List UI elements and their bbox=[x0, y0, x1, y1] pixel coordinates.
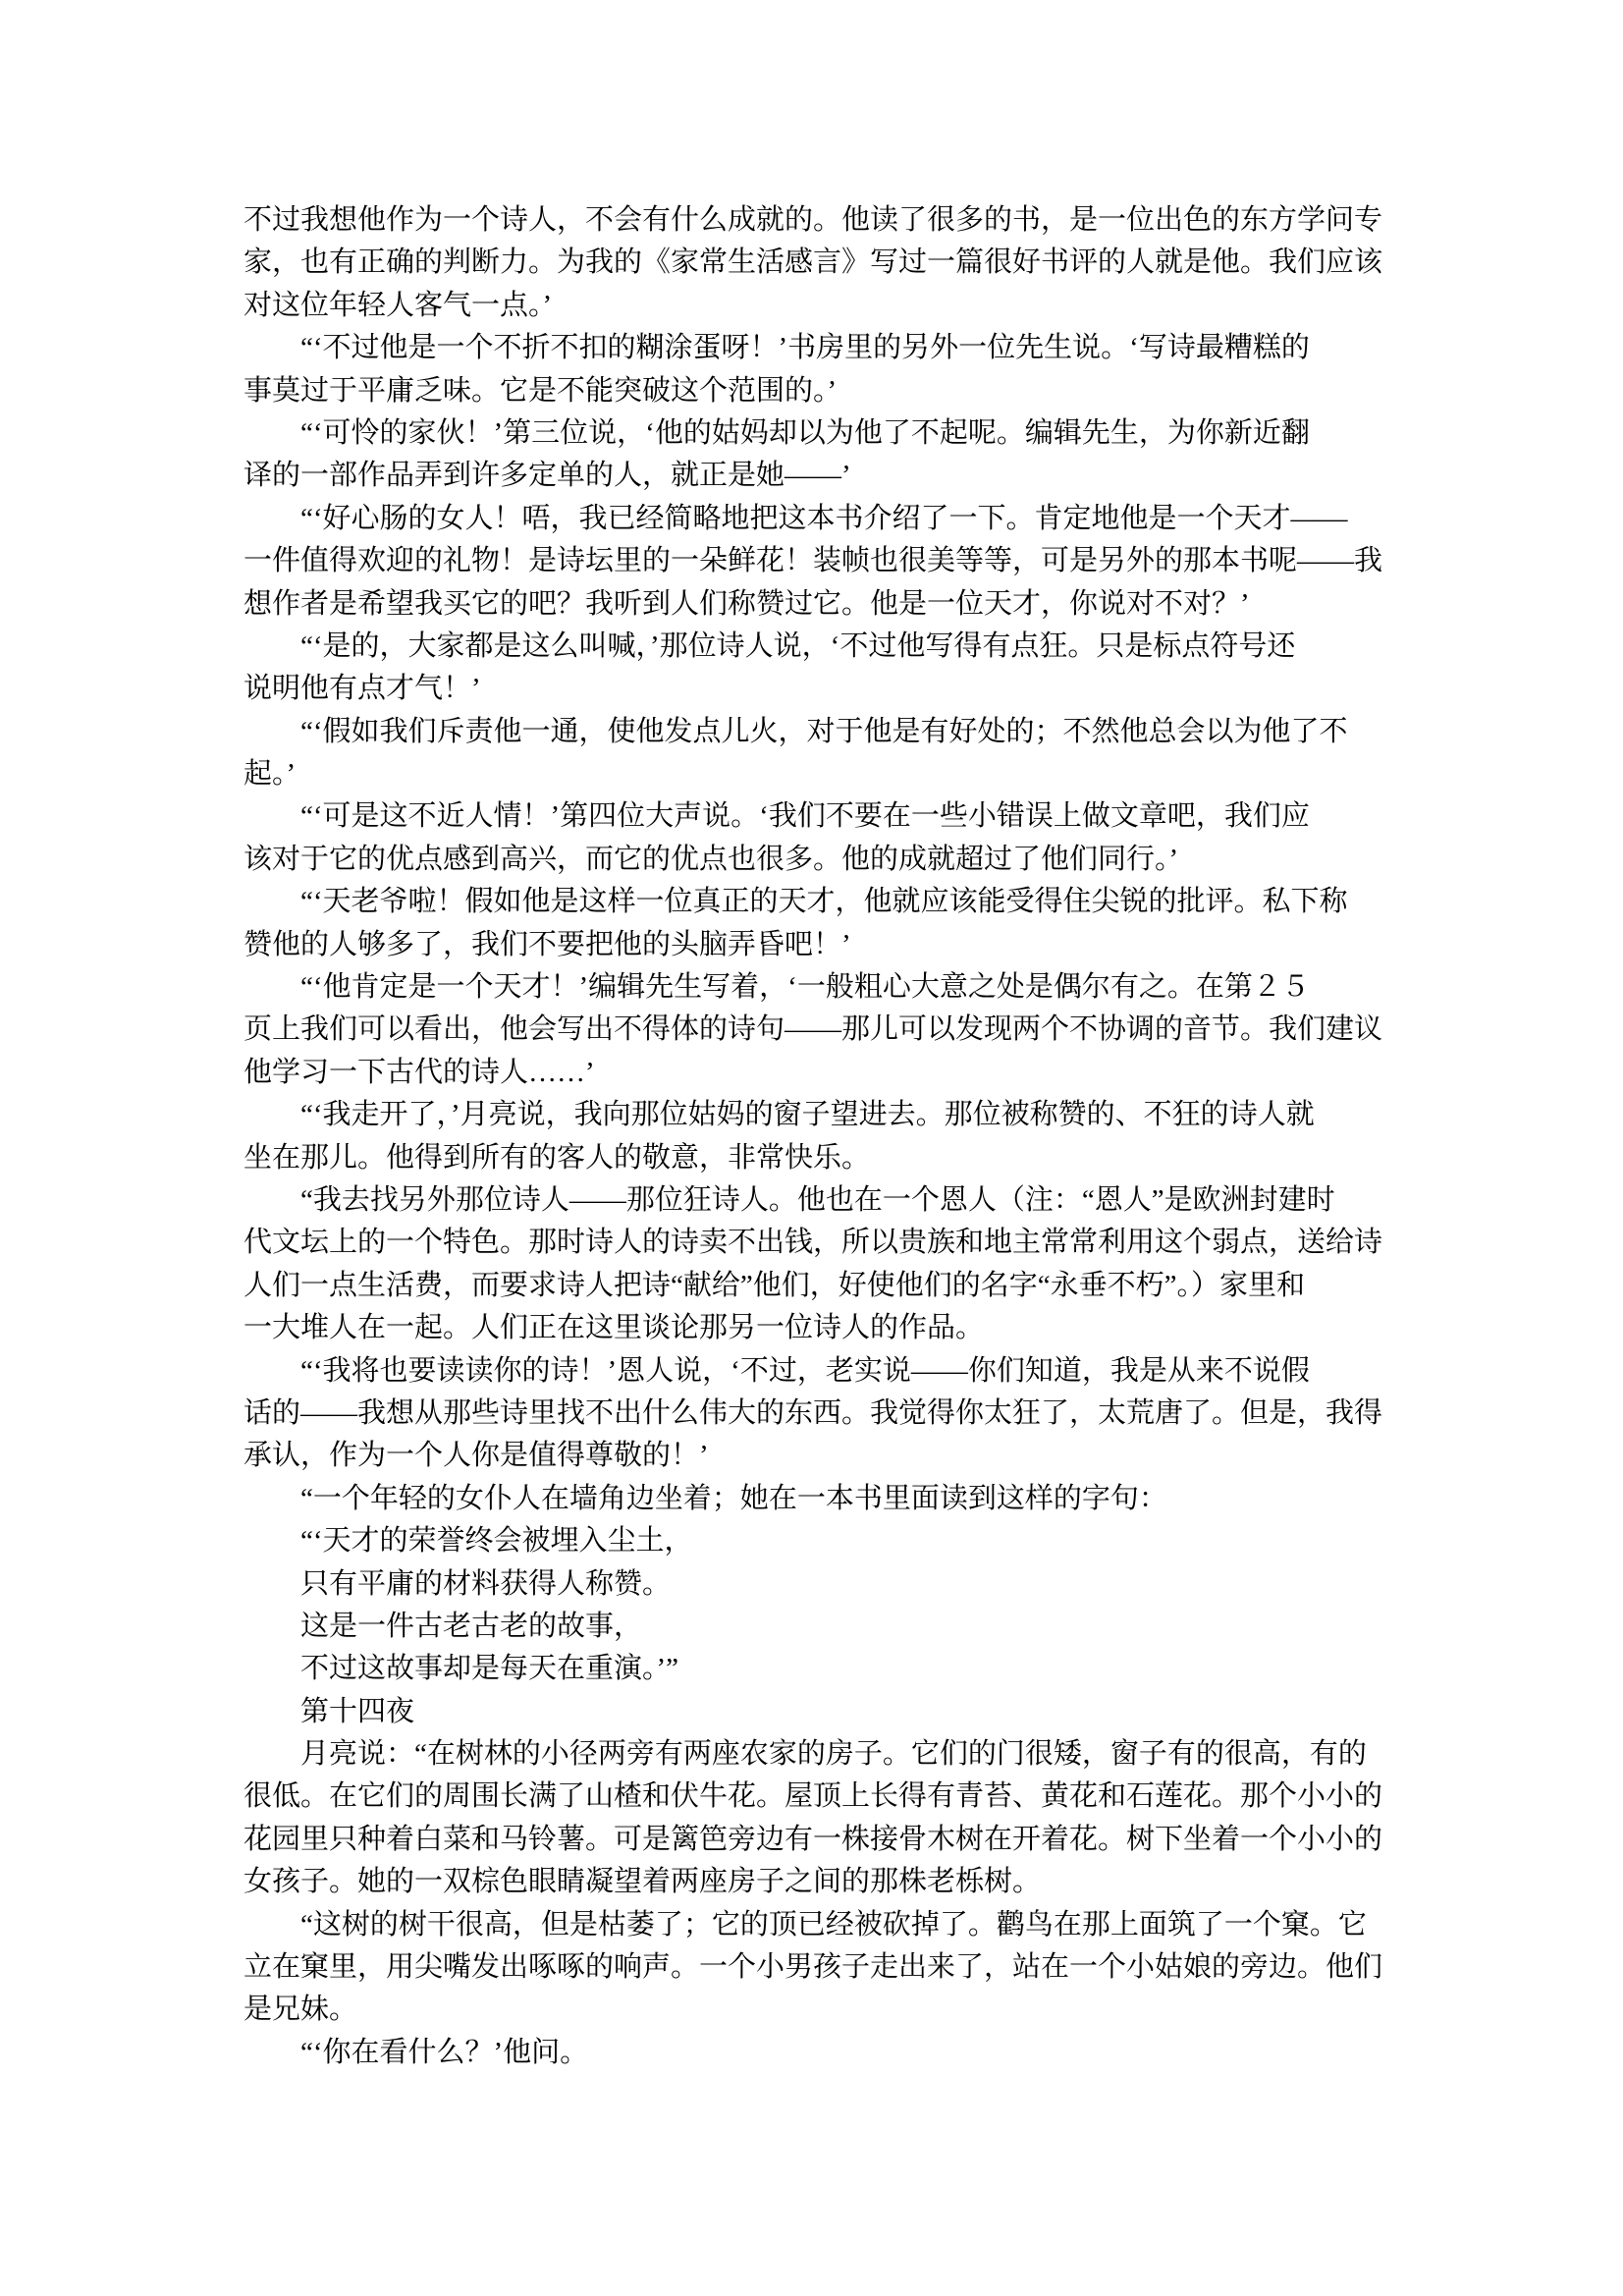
text-line: 家，也有正确的判断力。为我的《家常生活感言》写过一篇很好书评的人就是他。我们应该 bbox=[243, 242, 1432, 284]
text-line: “‘我走开了，’月亮说，我向那位姑妈的窗子望进去。那位被称赞的、不狂的诗人就 bbox=[243, 1094, 1432, 1136]
text-line: 第十四夜 bbox=[243, 1691, 1432, 1733]
text-line: 事莫过于平庸乏味。它是不能突破这个范围的。’ bbox=[243, 370, 1432, 412]
text-line: 页上我们可以看出，他会写出不得体的诗句——那儿可以发现两个不协调的音节。我们建议 bbox=[243, 1009, 1432, 1051]
text-line: “‘可怜的家伙！’第三位说，‘他的姑妈却以为他了不起呢。编辑先生，为你新近翻 bbox=[243, 412, 1432, 455]
text-line: 承认，作为一个人你是值得尊敬的！’ bbox=[243, 1435, 1432, 1477]
text-line: “‘天老爷啦！假如他是这样一位真正的天才，他就应该能受得住尖锐的批评。私下称 bbox=[243, 881, 1432, 923]
text-line: 译的一部作品弄到许多定单的人，就正是她——’ bbox=[243, 455, 1432, 497]
text-line: 话的——我想从那些诗里找不出什么伟大的东西。我觉得你太狂了，太荒唐了。但是，我得 bbox=[243, 1393, 1432, 1435]
text-line: 起。’ bbox=[243, 753, 1432, 795]
text-line: 他学习一下古代的诗人……’ bbox=[243, 1052, 1432, 1094]
text-line: 代文坛上的一个特色。那时诗人的诗卖不出钱，所以贵族和地主常常利用这个弱点，送给诗 bbox=[243, 1222, 1432, 1264]
text-line: 女孩子。她的一双棕色眼睛凝望着两座房子之间的那株老栎树。 bbox=[243, 1861, 1432, 1903]
text-line: 是兄妹。 bbox=[243, 1989, 1432, 2031]
text-line: 坐在那儿。他得到所有的客人的敬意，非常快乐。 bbox=[243, 1137, 1432, 1179]
text-line: 很低。在它们的周围长满了山楂和伏牛花。屋顶上长得有青苔、黄花和石莲花。那个小小的 bbox=[243, 1776, 1432, 1818]
text-line: “一个年轻的女仆人在墙角边坐着；她在一本书里面读到这样的字句： bbox=[243, 1478, 1432, 1520]
text-line: “‘不过他是一个不折不扣的糊涂蛋呀！’书房里的另外一位先生说。‘写诗最糟糕的 bbox=[243, 327, 1432, 369]
text-line: “‘天才的荣誉终会被埋入尘土， bbox=[243, 1520, 1432, 1562]
text-line: 一件值得欢迎的礼物！是诗坛里的一朵鲜花！装帧也很美等等，可是另外的那本书呢——我 bbox=[243, 540, 1432, 582]
text-line: 一大堆人在一起。人们正在这里谈论那另一位诗人的作品。 bbox=[243, 1307, 1432, 1349]
text-line: “我去找另外那位诗人——那位狂诗人。他也在一个恩人（注：“恩人”是欧洲封建时 bbox=[243, 1179, 1432, 1222]
text-line: 说明他有点才气！’ bbox=[243, 668, 1432, 710]
text-line: “‘我将也要读读你的诗！’恩人说，‘不过，老实说——你们知道，我是从来不说假 bbox=[243, 1350, 1432, 1393]
text-line: “‘他肯定是一个天才！’编辑先生写着，‘一般粗心大意之处是偶尔有之。在第２５ bbox=[243, 966, 1432, 1009]
text-line: 月亮说：“在树林的小径两旁有两座农家的房子。它们的门很矮，窗子有的很高，有的 bbox=[243, 1733, 1432, 1776]
text-content: 不过我想他作为一个诗人，不会有什么成就的。他读了很多的书，是一位出色的东方学问专… bbox=[243, 199, 1432, 2074]
text-line: 赞他的人够多了，我们不要把他的头脑弄昏吧！’ bbox=[243, 924, 1432, 966]
text-line: 花园里只种着白菜和马铃薯。可是篱笆旁边有一株接骨木树在开着花。树下坐着一个小小的 bbox=[243, 1819, 1432, 1861]
text-line: “‘可是这不近人情！’第四位大声说。‘我们不要在一些小错误上做文章吧，我们应 bbox=[243, 795, 1432, 838]
text-line: “‘假如我们斥责他一通，使他发点儿火，对于他是有好处的；不然他总会以为他了不 bbox=[243, 711, 1432, 753]
text-line: “‘你在看什么？’他问。 bbox=[243, 2032, 1432, 2074]
text-line: 这是一件古老古老的故事， bbox=[243, 1606, 1432, 1648]
text-line: “‘好心肠的女人！唔，我已经简略地把这本书介绍了一下。肯定地他是一个天才—— bbox=[243, 498, 1432, 540]
text-line: “‘是的，大家都是这么叫喊，’那位诗人说，‘不过他写得有点狂。只是标点符号还 bbox=[243, 626, 1432, 668]
text-line: 不过这故事却是每天在重演。’” bbox=[243, 1648, 1432, 1690]
text-line: 只有平庸的材料获得人称赞。 bbox=[243, 1563, 1432, 1606]
text-line: 对这位年轻人客气一点。’ bbox=[243, 285, 1432, 327]
text-line: 立在窠里，用尖嘴发出啄啄的响声。一个小男孩子走出来了，站在一个小姑娘的旁边。他们 bbox=[243, 1946, 1432, 1989]
text-line: 人们一点生活费，而要求诗人把诗“献给”他们，好使他们的名字“永垂不朽”。）家里和 bbox=[243, 1265, 1432, 1307]
text-line: 想作者是希望我买它的吧？我听到人们称赞过它。他是一位天才，你说对不对？’ bbox=[243, 583, 1432, 626]
text-line: “这树的树干很高，但是枯萎了；它的顶已经被砍掉了。鹳鸟在那上面筑了一个窠。它 bbox=[243, 1904, 1432, 1946]
text-line: 不过我想他作为一个诗人，不会有什么成就的。他读了很多的书，是一位出色的东方学问专 bbox=[243, 199, 1432, 242]
text-line: 该对于它的优点感到高兴，而它的优点也很多。他的成就超过了他们同行。’ bbox=[243, 839, 1432, 881]
document-page: 不过我想他作为一个诗人，不会有什么成就的。他读了很多的书，是一位出色的东方学问专… bbox=[0, 0, 1623, 2296]
